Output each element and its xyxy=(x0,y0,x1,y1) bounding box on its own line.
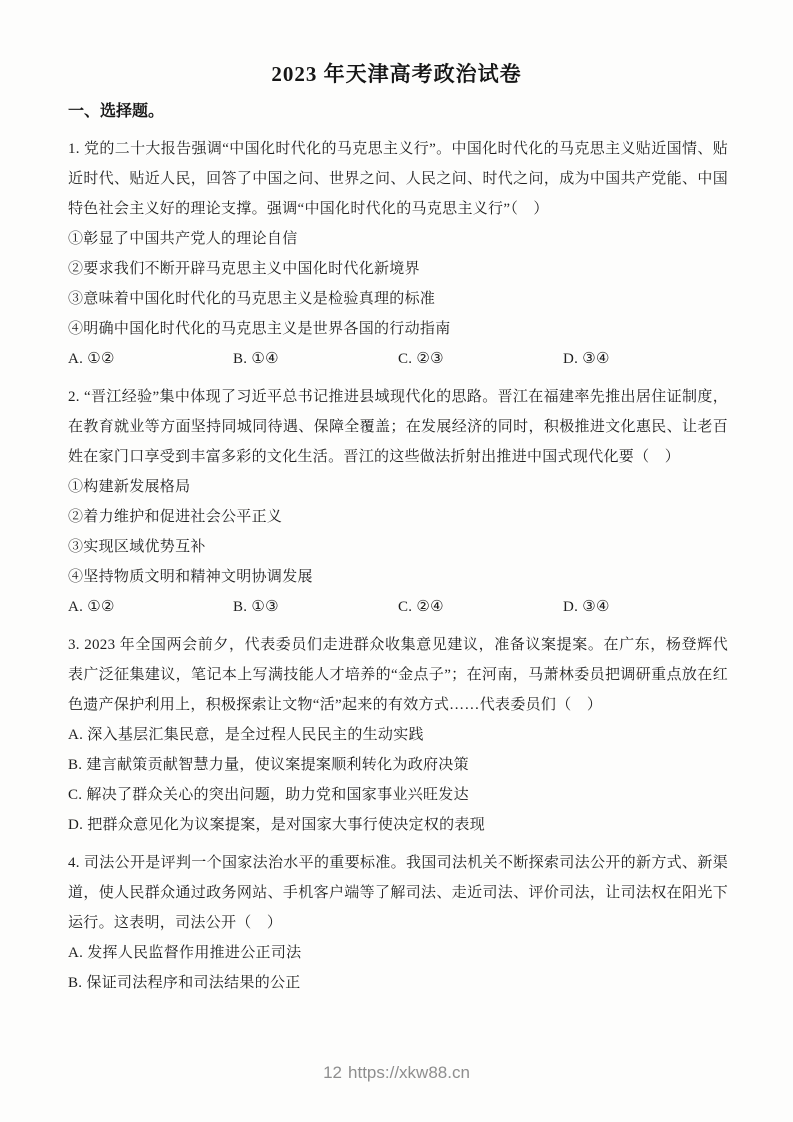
question-item: ④明确中国化时代化的马克思主义是世界各国的行动指南 xyxy=(68,314,728,344)
choice-option: A. 发挥人民监督作用推进公正司法 xyxy=(68,938,728,968)
section-heading: 一、选择题。 xyxy=(0,100,793,124)
question-4: 4. 司法公开是评判一个国家法治水平的重要标准。我国司法机关不断探索司法公开的新… xyxy=(68,848,728,998)
page-number: 12 xyxy=(323,1063,342,1082)
question-stem: 2. “晋江经验”集中体现了习近平总书记推进县域现代化的思路。晋江在福建率先推出… xyxy=(68,382,728,472)
choice-option: C. ②④ xyxy=(398,592,563,622)
exam-page: 2023 年天津高考政治试卷 一、选择题。 1. 党的二十大报告强调“中国化时代… xyxy=(0,0,793,1122)
question-item: ③意味着中国化时代化的马克思主义是检验真理的标准 xyxy=(68,284,728,314)
choice-option: B. ①④ xyxy=(233,344,398,374)
source-url: https://xkw88.cn xyxy=(348,1063,470,1082)
question-2: 2. “晋江经验”集中体现了习近平总书记推进县域现代化的思路。晋江在福建率先推出… xyxy=(68,382,728,622)
choices-row: A. ①②B. ①④C. ②③D. ③④ xyxy=(68,344,728,374)
questions-container: 1. 党的二十大报告强调“中国化时代化的马克思主义行”。中国化时代化的马克思主义… xyxy=(0,124,793,998)
choice-option: A. 深入基层汇集民意，是全过程人民民主的生动实践 xyxy=(68,720,728,750)
choice-option: B. 建言献策贡献智慧力量，使议案提案顺利转化为政府决策 xyxy=(68,750,728,780)
question-item: ②着力维护和促进社会公平正义 xyxy=(68,502,728,532)
question-1: 1. 党的二十大报告强调“中国化时代化的马克思主义行”。中国化时代化的马克思主义… xyxy=(68,134,728,374)
choice-option: D. 把群众意见化为议案提案，是对国家大事行使决定权的表现 xyxy=(68,810,728,840)
choices-row: A. ①②B. ①③C. ②④D. ③④ xyxy=(68,592,728,622)
exam-title: 2023 年天津高考政治试卷 xyxy=(0,0,793,88)
question-3: 3. 2023 年全国两会前夕，代表委员们走进群众收集意见建议，准备议案提案。在… xyxy=(68,630,728,840)
choice-option: D. ③④ xyxy=(563,592,728,622)
question-item: ②要求我们不断开辟马克思主义中国化时代化新境界 xyxy=(68,254,728,284)
question-stem: 4. 司法公开是评判一个国家法治水平的重要标准。我国司法机关不断探索司法公开的新… xyxy=(68,848,728,938)
question-item: ①构建新发展格局 xyxy=(68,472,728,502)
question-item: ③实现区域优势互补 xyxy=(68,532,728,562)
page-footer: 12https://xkw88.cn xyxy=(0,1062,793,1084)
question-item: ④坚持物质文明和精神文明协调发展 xyxy=(68,562,728,592)
question-stem: 1. 党的二十大报告强调“中国化时代化的马克思主义行”。中国化时代化的马克思主义… xyxy=(68,134,728,224)
choice-option: A. ①② xyxy=(68,344,233,374)
choice-option: B. 保证司法程序和司法结果的公正 xyxy=(68,968,728,998)
question-item: ①彰显了中国共产党人的理论自信 xyxy=(68,224,728,254)
question-stem: 3. 2023 年全国两会前夕，代表委员们走进群众收集意见建议，准备议案提案。在… xyxy=(68,630,728,720)
choice-option: D. ③④ xyxy=(563,344,728,374)
choice-option: B. ①③ xyxy=(233,592,398,622)
choice-option: C. 解决了群众关心的突出问题，助力党和国家事业兴旺发达 xyxy=(68,780,728,810)
choice-option: A. ①② xyxy=(68,592,233,622)
choice-option: C. ②③ xyxy=(398,344,563,374)
